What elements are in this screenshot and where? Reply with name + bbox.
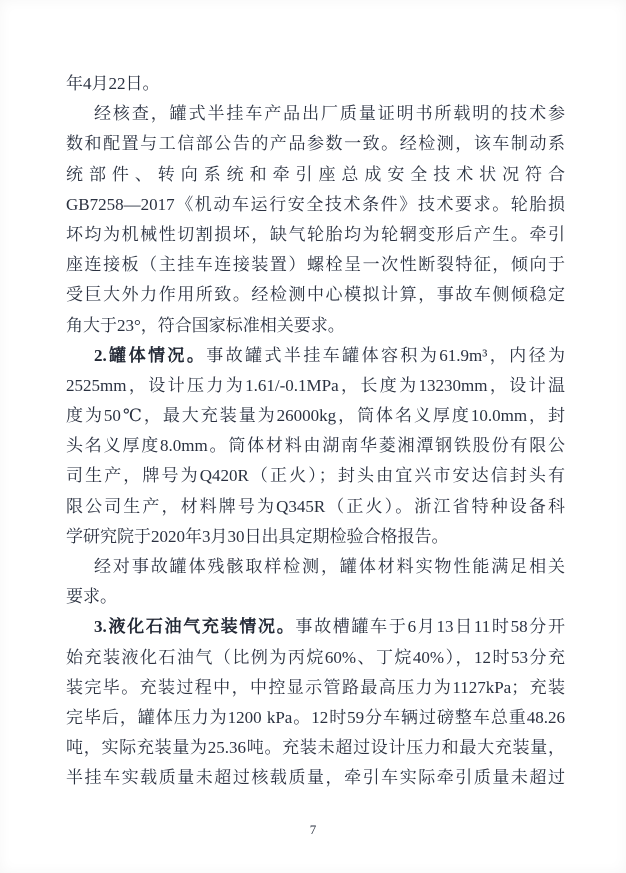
- text-run: 经核查，罐式半挂车产品出厂质量证明书所载明的技术参: [94, 104, 565, 123]
- text-run: 度为50℃，最大充装量为26000kg，筒体名义厚度10.0mm，封: [66, 406, 565, 425]
- text-line: 限公司生产，材料牌号为Q345R（正火）。浙江省特种设备科: [66, 492, 565, 522]
- text-line: 统部件、转向系统和牵引座总成安全技术状况符合: [66, 160, 565, 190]
- text-run: 要求。: [66, 587, 117, 606]
- text-run: 始充装液化石油气（比例为丙烷60%、丁烷40%），12时53分充: [66, 648, 565, 667]
- text-run: 装完毕。充装过程中，中控显示管路最高压力为1127kPa；充装: [66, 678, 565, 697]
- text-line-with-heading: 2.罐体情况。事故罐式半挂车罐体容积为61.9m³，内径为: [66, 341, 565, 371]
- text-run: 2525mm，设计压力为1.61/-0.1MPa，长度为13230mm，设计温: [66, 376, 565, 395]
- section-heading: 3.液化石油气充装情况。: [94, 617, 295, 636]
- text-run: 头名义厚度8.0mm。筒体材料由湖南华菱湘潭钢铁股份有限公: [66, 436, 565, 455]
- text-run: 学研究院于2020年3月30日出具定期检验合格报告。: [66, 527, 449, 546]
- text-line: 要求。: [66, 582, 565, 612]
- text-run: 事故槽罐车于6月13日11时58分开: [295, 617, 565, 636]
- text-run: GB7258—2017《机动车运行安全技术条件》技术要求。轮胎损: [66, 195, 565, 214]
- text-run: 统部件、转向系统和牵引座总成安全技术状况符合: [66, 165, 565, 184]
- text-run: 半挂车实载质量未超过核载质量，牵引车实际牵引质量未超过: [66, 768, 565, 787]
- page-footer: 7: [0, 822, 626, 838]
- text-line-with-heading: 3.液化石油气充装情况。事故槽罐车于6月13日11时58分开: [66, 612, 565, 642]
- text-line: 经核查，罐式半挂车产品出厂质量证明书所载明的技术参: [66, 99, 565, 129]
- text-run: 限公司生产，材料牌号为Q345R（正火）。浙江省特种设备科: [66, 497, 565, 516]
- text-run: 吨，实际充装量为25.36吨。充装未超过设计压力和最大充装量，: [66, 738, 565, 757]
- text-run: 座连接板（主挂车连接装置）螺栓呈一次性断裂特征，倾向于: [66, 255, 565, 274]
- text-line: 坏均为机械性切割损坏，缺气轮胎均为轮辋变形后产生。牵引: [66, 220, 565, 250]
- text-run: 坏均为机械性切割损坏，缺气轮胎均为轮辋变形后产生。牵引: [66, 225, 565, 244]
- text-line: 装完毕。充装过程中，中控显示管路最高压力为1127kPa；充装: [66, 673, 565, 703]
- text-run: 司生产，牌号为Q420R（正火）；封头由宜兴市安达信封头有: [66, 466, 565, 485]
- text-run: 年4月22日。: [66, 74, 160, 93]
- text-line: 度为50℃，最大充装量为26000kg，筒体名义厚度10.0mm，封: [66, 401, 565, 431]
- text-run: 受巨大外力作用所致。经检测中心模拟计算，事故车侧倾稳定: [66, 285, 565, 304]
- text-run: 完毕后，罐体压力为1200 kPa。12时59分车辆过磅整车总重48.26: [66, 708, 565, 727]
- text-line: 数和配置与工信部公告的产品参数一致。经检测，该车制动系: [66, 129, 565, 159]
- text-run: 经对事故罐体残骸取样检测，罐体材料实物性能满足相关: [94, 557, 565, 576]
- text-line: 半挂车实载质量未超过核载质量，牵引车实际牵引质量未超过: [66, 763, 565, 793]
- text-line: 头名义厚度8.0mm。筒体材料由湖南华菱湘潭钢铁股份有限公: [66, 431, 565, 461]
- section-heading: 2.罐体情况。: [94, 346, 206, 365]
- document-body: 年4月22日。经核查，罐式半挂车产品出厂质量证明书所载明的技术参数和配置与工信部…: [66, 69, 565, 794]
- text-line: 年4月22日。: [66, 69, 565, 99]
- text-line: 学研究院于2020年3月30日出具定期检验合格报告。: [66, 522, 565, 552]
- text-line: 吨，实际充装量为25.36吨。充装未超过设计压力和最大充装量，: [66, 733, 565, 763]
- text-run: 事故罐式半挂车罐体容积为61.9m³，内径为: [206, 346, 565, 365]
- page-number: 7: [310, 822, 317, 837]
- text-line: 司生产，牌号为Q420R（正火）；封头由宜兴市安达信封头有: [66, 461, 565, 491]
- text-line: 2525mm，设计压力为1.61/-0.1MPa，长度为13230mm，设计温: [66, 371, 565, 401]
- text-line: GB7258—2017《机动车运行安全技术条件》技术要求。轮胎损: [66, 190, 565, 220]
- text-run: 角大于23°，符合国家标准相关要求。: [66, 316, 345, 335]
- text-line: 完毕后，罐体压力为1200 kPa。12时59分车辆过磅整车总重48.26: [66, 703, 565, 733]
- text-line: 角大于23°，符合国家标准相关要求。: [66, 311, 565, 341]
- text-line: 受巨大外力作用所致。经检测中心模拟计算，事故车侧倾稳定: [66, 280, 565, 310]
- text-line: 始充装液化石油气（比例为丙烷60%、丁烷40%），12时53分充: [66, 643, 565, 673]
- document-page: 年4月22日。经核查，罐式半挂车产品出厂质量证明书所载明的技术参数和配置与工信部…: [0, 0, 626, 873]
- text-run: 数和配置与工信部公告的产品参数一致。经检测，该车制动系: [66, 134, 565, 153]
- text-line: 座连接板（主挂车连接装置）螺栓呈一次性断裂特征，倾向于: [66, 250, 565, 280]
- text-line: 经对事故罐体残骸取样检测，罐体材料实物性能满足相关: [66, 552, 565, 582]
